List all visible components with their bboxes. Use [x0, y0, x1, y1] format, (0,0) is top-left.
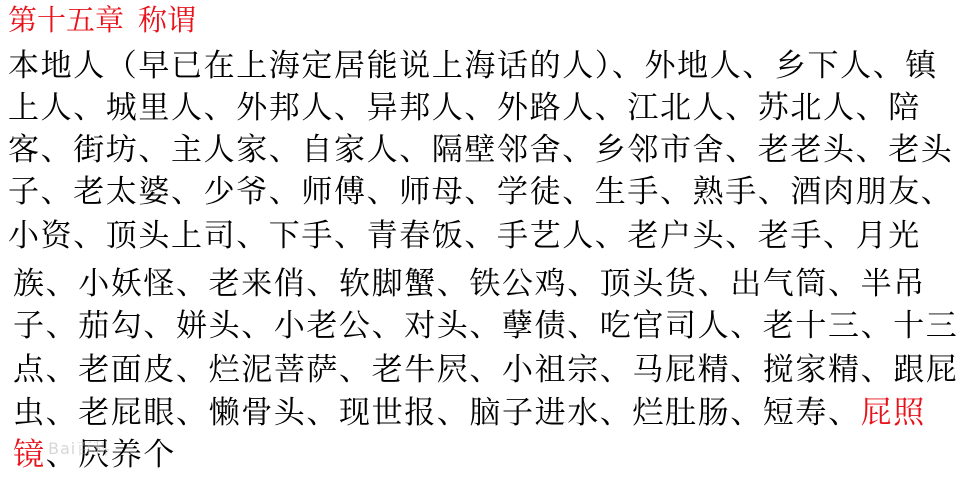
line-text: 虫、老屁眼、懒骨头、现世报、脑子进水、烂肚肠、短寿、 [13, 395, 861, 431]
line-text: 客、街坊、主人家、自家人、隔壁邻舍、乡邻市舍、老老头、老头 [8, 132, 953, 168]
line-text: 点、老面皮、烂泥菩萨、老牛屄、小祖宗、马屁精、搅家精、跟屁 [13, 352, 958, 388]
line-text: 族、小妖怪、老来俏、软脚蟹、铁公鸡、顶头货、出气筒、半吊 [13, 266, 926, 302]
chapter-number: 第十五章 [8, 3, 124, 37]
chapter-name: 称谓 [138, 3, 196, 37]
text-line: 点、老面皮、烂泥菩萨、老牛屄、小祖宗、马屁精、搅家精、跟屁 [13, 350, 958, 390]
text-line: 本地人（早已在上海定居能说上海话的人）、外地人、乡下人、镇 [8, 46, 938, 86]
text-line: 族、小妖怪、老来俏、软脚蟹、铁公鸡、顶头货、出气筒、半吊 [13, 264, 926, 304]
highlighted-term: 镜 [13, 437, 46, 473]
line-text: 上人、城里人、外邦人、异邦人、外路人、江北人、苏北人、陪 [8, 90, 921, 126]
text-line: 子、老太婆、少爷、师傅、师母、学徒、生手、熟手、酒肉朋友、 [8, 172, 953, 212]
chapter-title: 第十五章称谓 [8, 2, 196, 38]
text-line: 子、茄勾、姘头、小老公、对头、孽债、吃官司人、老十三、十三 [13, 306, 958, 346]
line-text: 子、茄勾、姘头、小老公、对头、孽债、吃官司人、老十三、十三 [13, 308, 958, 344]
text-line: 虫、老屁眼、懒骨头、现世报、脑子进水、烂肚肠、短寿、屁照 [13, 393, 926, 433]
line-text: 本地人（早已在上海定居能说上海话的人）、外地人、乡下人、镇 [8, 48, 938, 84]
text-line: 小资、顶头上司、下手、青春饭、手艺人、老户头、老手、月光 [8, 216, 921, 256]
highlighted-term: 屁照 [861, 395, 926, 431]
text-line: 上人、城里人、外邦人、异邦人、外路人、江北人、苏北人、陪 [8, 88, 921, 128]
watermark: Bai百科 [48, 436, 110, 459]
text-line: 客、街坊、主人家、自家人、隔壁邻舍、乡邻市舍、老老头、老头 [8, 130, 953, 170]
line-text: 小资、顶头上司、下手、青春饭、手艺人、老户头、老手、月光 [8, 218, 921, 254]
line-text: 子、老太婆、少爷、师傅、师母、学徒、生手、熟手、酒肉朋友、 [8, 174, 953, 210]
